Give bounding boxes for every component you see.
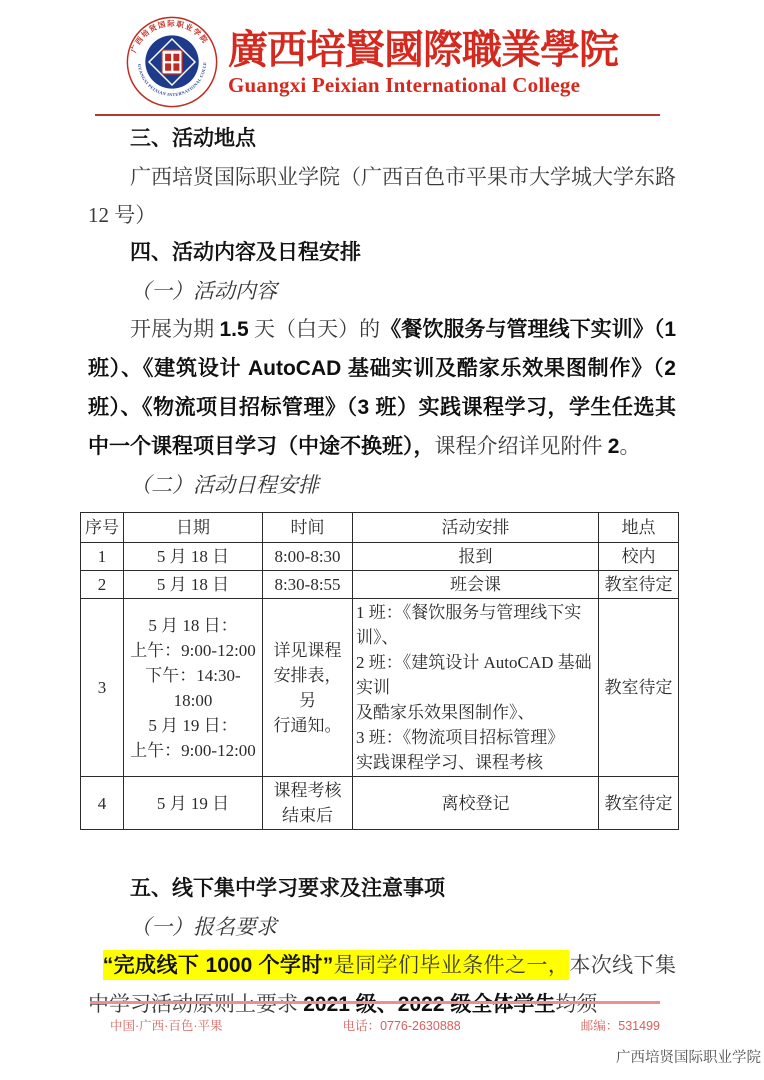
- footer: 中国·广西·百色·平果 电话：0776-2630888 邮编：531499: [0, 1016, 764, 1034]
- cell-date: 5 月 18 日: [124, 543, 263, 571]
- section-5-heading: 五、线下集中学习要求及注意事项: [88, 870, 676, 908]
- cell-date: 5 月 19 日: [124, 777, 263, 830]
- footer-divider: [90, 1001, 660, 1004]
- college-emblem-logo: 广西培贤国际职业学院 GUANGXI PEIXIAN INTERNATIONAL…: [126, 16, 218, 108]
- p1-number-1: 1.5: [219, 318, 248, 341]
- p1-regular-1: 开展为期: [130, 317, 219, 341]
- table-row: 2 5 月 18 日 8:30-8:55 班会课 教室待定: [81, 571, 679, 599]
- requirements-paragraph: “完成线下 1000 个学时”是同学们毕业条件之一，本次线下集中学习活动原则上要…: [88, 946, 676, 1024]
- activity-content-paragraph: 开展为期 1.5 天（白天）的《餐饮服务与管理线下实训》（1 班）、《建筑设计 …: [88, 310, 676, 466]
- section-4-sub1: （一）活动内容: [88, 272, 676, 310]
- col-header-time: 时间: [263, 513, 353, 543]
- hl-regular-text: 是同学们毕业条件之一，: [333, 953, 569, 977]
- section-3-heading: 三、活动地点: [88, 120, 676, 158]
- cell-activity: 班会课: [353, 571, 599, 599]
- schedule-header-row: 序号 日期 时间 活动安排 地点: [81, 513, 679, 543]
- cell-date: 5 月 18 日： 上午：9:00-12:00 下午：14:30-18:00 5…: [124, 599, 263, 777]
- cell-no: 3: [81, 599, 124, 777]
- section-3-paragraph: 广西培贤国际职业学院（广西百色市平果市大学城大学东路 12 号）: [88, 158, 676, 234]
- document-body: 三、活动地点 广西培贤国际职业学院（广西百色市平果市大学城大学东路 12 号） …: [0, 116, 764, 1024]
- college-emblem-icon: 广西培贤国际职业学院 GUANGXI PEIXIAN INTERNATIONAL…: [126, 16, 218, 108]
- college-title-english: Guangxi Peixian International College: [228, 73, 618, 97]
- cell-activity: 离校登记: [353, 777, 599, 830]
- schedule-table: 序号 日期 时间 活动安排 地点 1 5 月 18 日 8:00-8:30 报到…: [80, 512, 679, 830]
- table-row: 3 5 月 18 日： 上午：9:00-12:00 下午：14:30-18:00…: [81, 599, 679, 777]
- col-header-no: 序号: [81, 513, 124, 543]
- p1-regular-3: 课程介绍详见附件: [435, 434, 608, 458]
- s5-regular-2: 均须: [555, 992, 597, 1016]
- cell-time: 8:30-8:55: [263, 571, 353, 599]
- cell-time: 课程考核 结束后: [263, 777, 353, 830]
- cell-place: 教室待定: [599, 599, 679, 777]
- col-header-date: 日期: [124, 513, 263, 543]
- cell-no: 4: [81, 777, 124, 830]
- hl-bold-text: “完成线下 1000 个学时”: [103, 954, 334, 977]
- p1-regular-2: 天（白天）的: [249, 317, 381, 341]
- p1-regular-4: 。: [619, 434, 640, 458]
- document-page: 广西培贤国际职业学院 GUANGXI PEIXIAN INTERNATIONAL…: [0, 0, 764, 1080]
- highlighted-requirement: “完成线下 1000 个学时”是同学们毕业条件之一，: [103, 950, 570, 980]
- college-titles: 廣西培賢國際職業學院 Guangxi Peixian International…: [228, 27, 618, 97]
- cell-place: 教室待定: [599, 571, 679, 599]
- cell-activity: 1 班：《餐饮服务与管理线下实训》、 2 班：《建筑设计 AutoCAD 基础实…: [353, 599, 599, 777]
- cell-date: 5 月 18 日: [124, 571, 263, 599]
- section-5-sub1: （一）报名要求: [88, 908, 676, 946]
- section-4-heading: 四、活动内容及日程安排: [88, 234, 676, 272]
- cell-time: 8:00-8:30: [263, 543, 353, 571]
- cell-no: 1: [81, 543, 124, 571]
- cell-place: 校内: [599, 543, 679, 571]
- col-header-place: 地点: [599, 513, 679, 543]
- footer-college-name: 广西培贤国际职业学院: [616, 1046, 761, 1067]
- section-4-sub2: （二）活动日程安排: [88, 466, 676, 504]
- cell-time: 详见课程 安排表，另 行通知。: [263, 599, 353, 777]
- letterhead: 广西培贤国际职业学院 GUANGXI PEIXIAN INTERNATIONAL…: [0, 0, 764, 108]
- footer-phone: 电话：0776-2630888: [343, 1016, 461, 1034]
- table-row: 1 5 月 18 日 8:00-8:30 报到 校内: [81, 543, 679, 571]
- col-header-activity: 活动安排: [353, 513, 599, 543]
- footer-location: 中国·广西·百色·平果: [110, 1016, 223, 1034]
- cell-activity: 报到: [353, 543, 599, 571]
- cell-no: 2: [81, 571, 124, 599]
- table-row: 4 5 月 19 日 课程考核 结束后 离校登记 教室待定: [81, 777, 679, 830]
- cell-place: 教室待定: [599, 777, 679, 830]
- college-title-chinese: 廣西培賢國際職業學院: [228, 27, 618, 73]
- s5-bold-grades: 2021 级、2022 级全体学生: [303, 993, 555, 1016]
- schedule-table-container: 序号 日期 时间 活动安排 地点 1 5 月 18 日 8:00-8:30 报到…: [80, 512, 676, 830]
- footer-postcode: 邮编：531499: [581, 1016, 660, 1034]
- p1-number-2: 2: [608, 435, 620, 458]
